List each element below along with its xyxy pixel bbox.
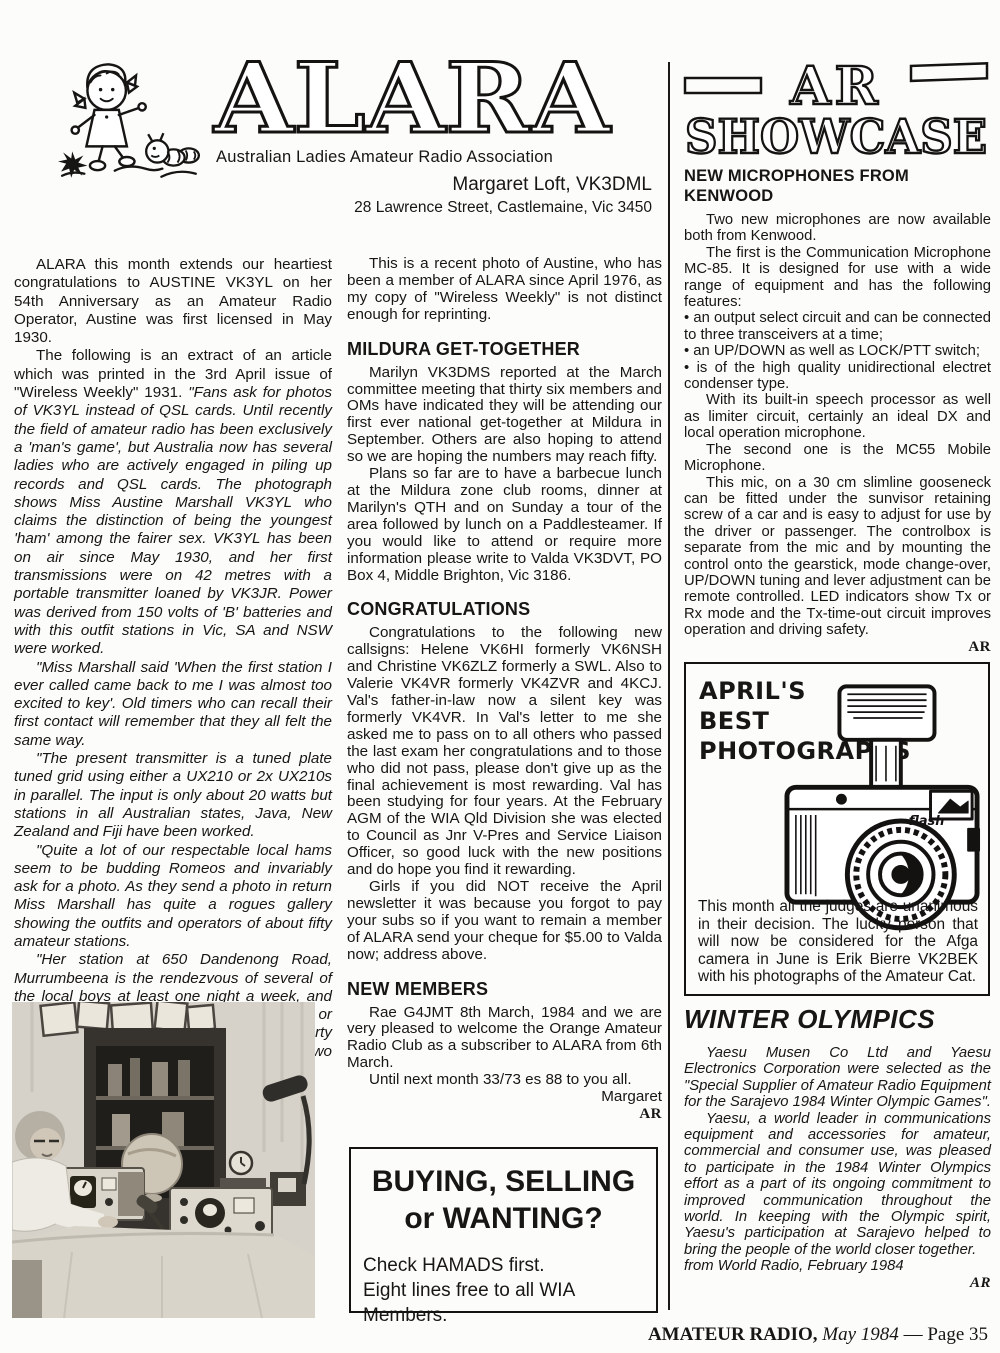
bullet-item: • an UP/DOWN as well as LOCK/PTT switch;	[684, 343, 991, 359]
article-column-2: This is a recent photo of Austine, who h…	[347, 256, 662, 1123]
signoff: Margaret	[347, 1089, 662, 1106]
hamads-ad-box: BUYING, SELLING or WANTING? Check HAMADS…	[349, 1147, 658, 1313]
paragraph: Yaesu Musen Co Ltd and Yaesu Electronics…	[684, 1045, 991, 1111]
paragraph: Congratulations to the following new cal…	[347, 625, 662, 879]
paragraph: Girls if you did NOT receive the April n…	[347, 879, 662, 964]
source-credit: from World Radio, February 1984	[684, 1258, 991, 1274]
page-footer: AMATEUR RADIO, May 1984 — Page 35	[560, 1324, 988, 1346]
paragraph: The following is an extract of an articl…	[14, 347, 332, 658]
table	[12, 1226, 315, 1318]
winter-olympics-section: WINTER OLYMPICS Yaesu Musen Co Ltd and Y…	[684, 1004, 991, 1291]
ar-end-mark: AR	[968, 639, 991, 655]
magazine-page: ALARA Australian Ladies Amateur Radio As…	[0, 0, 1000, 1353]
paragraph: Until next month 33/73 es 88 to you all.	[347, 1072, 662, 1089]
ar-end-mark: AR	[639, 1106, 662, 1122]
paragraph: The second one is the MC55 Mobile Microp…	[684, 442, 991, 475]
paragraph: With its built-in speech processor as we…	[684, 392, 991, 441]
paragraph: Two new microphones are now available bo…	[684, 212, 991, 245]
aprils-best-photographs-box: APRIL'S BEST PHOTOGRAPHS	[684, 662, 990, 996]
paragraph: Marilyn VK3DMS reported at the March com…	[347, 365, 662, 466]
bullet-item: • an output select circuit and can be co…	[684, 310, 991, 343]
paragraph: This is a recent photo of Austine, who h…	[347, 256, 662, 324]
section-heading-congratulations: CONGRATULATIONS	[347, 599, 662, 620]
bullet-item: • is of the high quality unidirectional …	[684, 360, 991, 393]
ar-end-mark: AR	[970, 1275, 991, 1291]
paragraph: This mic, on a 30 cm slimline gooseneck …	[684, 475, 991, 639]
paragraph: The first is the Communication Microphon…	[684, 245, 991, 311]
girl-figure	[72, 64, 146, 170]
contact-block: Margaret Loft, VK3DML 28 Lawrence Street…	[300, 174, 652, 217]
paragraph: Rae G4JMT 8th March, 1984 and we are ver…	[347, 1005, 662, 1073]
footer-magazine-title: AMATEUR RADIO,	[648, 1324, 818, 1345]
footer-page-number: — Page 35	[904, 1324, 988, 1345]
hamads-title-line2: or WANTING?	[351, 1200, 656, 1237]
hamads-body-line2: Eight lines free to all WIA Members.	[363, 1278, 644, 1328]
paragraph: "Quite a lot of our respectable local ha…	[14, 842, 332, 952]
svg-text:AR: AR	[789, 56, 882, 117]
girl-mascot-illustration	[56, 54, 210, 184]
logo-bar-left	[685, 78, 761, 93]
alara-subtitle: Australian Ladies Amateur Radio Associat…	[216, 148, 636, 167]
paragraph: Yaesu, a world leader in communications …	[684, 1111, 991, 1259]
hamads-title-line1: BUYING, SELLING	[351, 1163, 656, 1200]
svg-text:flash: flash	[909, 814, 945, 829]
hamads-body-line1: Check HAMADS first.	[363, 1253, 644, 1278]
photo-box-caption: This month all the judges are unanimous …	[698, 898, 978, 986]
section-heading-kenwood: NEW MICROPHONES FROM KENWOOD	[684, 166, 991, 206]
contact-name: Margaret Loft, VK3DML	[300, 174, 652, 196]
paragraph: "Miss Marshall said 'When the first stat…	[14, 659, 332, 750]
svg-text:SHOWCASE: SHOWCASE	[685, 110, 987, 160]
clock	[230, 1152, 252, 1174]
svg-text:ALARA: ALARA	[213, 52, 612, 148]
contact-address: 28 Lawrence Street, Castlemaine, Vic 345…	[300, 199, 652, 217]
column-divider	[668, 62, 670, 1310]
ar-showcase-logo: AR SHOWCASE	[681, 56, 991, 160]
section-heading-winter-olympics: WINTER OLYMPICS	[684, 1004, 991, 1035]
paragraph: "The present transmitter is a tuned plat…	[14, 750, 332, 841]
section-heading-new-members: NEW MEMBERS	[347, 979, 662, 1000]
station-photo	[12, 1002, 315, 1318]
paragraph: Plans so far are to have a barbecue lunc…	[347, 466, 662, 584]
worm-illustration	[146, 133, 199, 165]
article-column-1: ALARA this month extends our heartiest c…	[14, 256, 332, 1079]
section-heading-mildura: MILDURA GET-TOGETHER	[347, 339, 662, 360]
footer-issue: May 1984	[818, 1324, 904, 1345]
kenwood-section: NEW MICROPHONES FROM KENWOOD Two new mic…	[684, 166, 991, 655]
alara-logo: ALARA	[210, 52, 614, 148]
logo-bar-right	[911, 63, 987, 81]
paragraph: ALARA this month extends our heartiest c…	[14, 256, 332, 347]
